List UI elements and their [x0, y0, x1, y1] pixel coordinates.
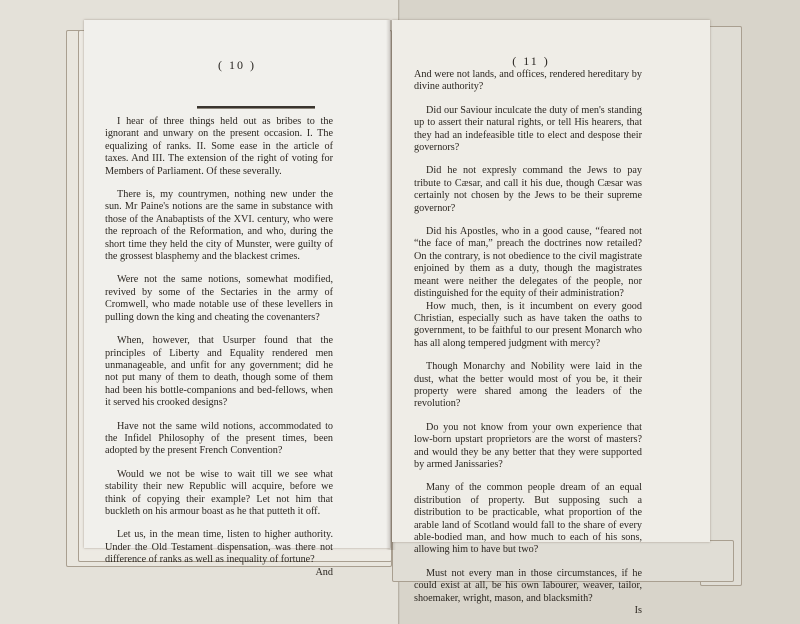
page-number-left: ( 10 )	[84, 58, 390, 73]
paragraph: And were not lands, and offices, rendere…	[414, 69, 642, 94]
left-page-text: I hear of three things held out as bribe…	[105, 116, 333, 579]
paragraph: When, however, that Usurper found that t…	[105, 335, 333, 409]
paragraph: Would we not be wise to wait till we see…	[105, 469, 333, 519]
catchword: And	[105, 567, 333, 579]
paragraph: Do you not know from your own experience…	[414, 422, 642, 472]
paragraph: Did our Saviour inculcate the duty of me…	[414, 105, 642, 155]
paragraph: Let us, in the mean time, listen to high…	[105, 529, 333, 566]
paragraph: Were not the same notions, somewhat modi…	[105, 274, 333, 324]
paragraph: I hear of three things held out as bribe…	[105, 116, 333, 178]
catchword: Is	[414, 605, 642, 617]
paragraph: Did his Apostles, who in a good cause, “…	[414, 226, 642, 300]
page-right: ( 11 ) And were not lands, and offices, …	[392, 20, 710, 542]
paragraph: Did he not expresly command the Jews to …	[414, 165, 642, 215]
paragraph: Many of the common people dream of an eq…	[414, 482, 642, 556]
paragraph: Have not the same wild notions, accommod…	[105, 421, 333, 458]
paragraph: Though Monarchy and Nobility were laid i…	[414, 361, 642, 411]
horizontal-rule	[197, 106, 315, 109]
paragraph: How much, then, is it incumbent on every…	[414, 301, 642, 351]
paragraph: Must not every man in those circumstance…	[414, 568, 642, 605]
paragraph: There is, my countrymen, nothing new und…	[105, 189, 333, 263]
page-left: ( 10 ) I hear of three things held out a…	[84, 20, 390, 548]
page-number-right: ( 11 )	[352, 54, 710, 69]
right-page-text: And were not lands, and offices, rendere…	[414, 69, 642, 617]
